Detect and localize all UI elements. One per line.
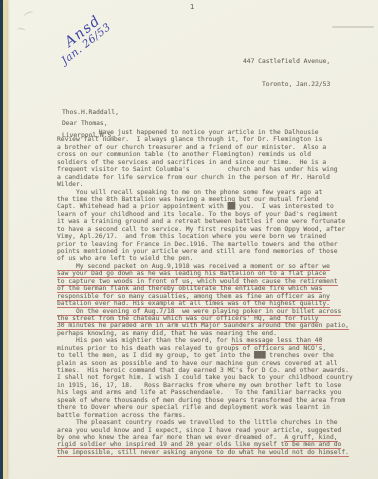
letter-line: it was a training ground and a retreat b… [57,218,362,225]
page-number: 1 [190,3,194,11]
scan-edge-cream-strip [3,0,7,479]
letter-line: minutes prior to his death was relayed t… [57,345,362,352]
letter-line: battle formation across the farms. [57,412,362,419]
letter-line: Review fall number. I always glance thro… [57,136,362,143]
letter-line: I shall not forget him. I wish I could t… [57,374,362,381]
handwritten-answered-note: Ansd Jan. 26/53 [52,12,114,68]
letter-line: frequent visitor to Saint Columba's chur… [57,166,362,173]
letter-line: Capt. Whitehead had a prior appointment … [57,203,362,210]
letter-line: You will recall speaking to me on the ph… [57,189,362,196]
letter-line: of the German flank and thereby oblitera… [57,285,362,292]
letter-line: responsible for so many casualties, amon… [57,293,362,300]
letter-line: prior to leaving for France in Dec.1916.… [57,241,362,248]
letter-body: Have just happened to notice your articl… [57,129,362,456]
letter-line: battalion ever had. His example at all t… [57,300,362,307]
letter-line: to have a second call to service. My fir… [57,226,362,233]
sender-address-line: 447 Castlefield Avenue, [243,58,330,65]
scan-smudge [332,26,374,28]
letter-line: to tell the men, as I did my group, to g… [57,352,362,359]
letter-line: area you would know and I expect, since … [57,427,362,434]
letter-line: 30 minutes he paraded arm in arm with Ma… [57,322,362,329]
letter-line: saw your Dad go down as he was leading h… [57,270,362,277]
pencil-mark [23,11,34,20]
letter-line: On the evening of Aug.7/18 we were playi… [57,308,362,315]
letter-line: there to Dover where our special rifle a… [57,404,362,411]
sender-address-block: 447 Castlefield Avenue, Toronto, Jan.22/… [243,44,330,102]
salutation: Dear Thomas, [62,120,108,127]
letter-line: Vimy, Apl.26/17. and from this location … [57,233,362,240]
letter-line: cross on our communion table (to another… [57,151,362,158]
letter-line: rigid soldier who inspired 19 and 20 yea… [57,441,362,448]
letter-line: of us who are left to wield the pen. [57,255,362,262]
letter-line: His pen was mightier than the sword, for… [57,337,362,344]
scanned-letter-page: 1 Ansd Jan. 26/53 447 Castlefield Avenue… [0,0,378,479]
letter-line: his legs and arms and life at Passchenda… [57,389,362,396]
recipient-name: Thos.H.Raddall, [62,109,119,117]
letter-line: plain as soon as possible and to have ou… [57,360,362,367]
letter-line: The pleasant country roads we travelled … [57,419,362,426]
letter-line: a candidate for life service from our ch… [57,174,362,181]
letter-line: the impossible, still never asking anyon… [57,449,362,456]
letter-line: Wilder. [57,181,362,188]
pencil-mark [17,27,26,34]
letter-date-line: Toronto, Jan.22/53 [262,81,330,88]
